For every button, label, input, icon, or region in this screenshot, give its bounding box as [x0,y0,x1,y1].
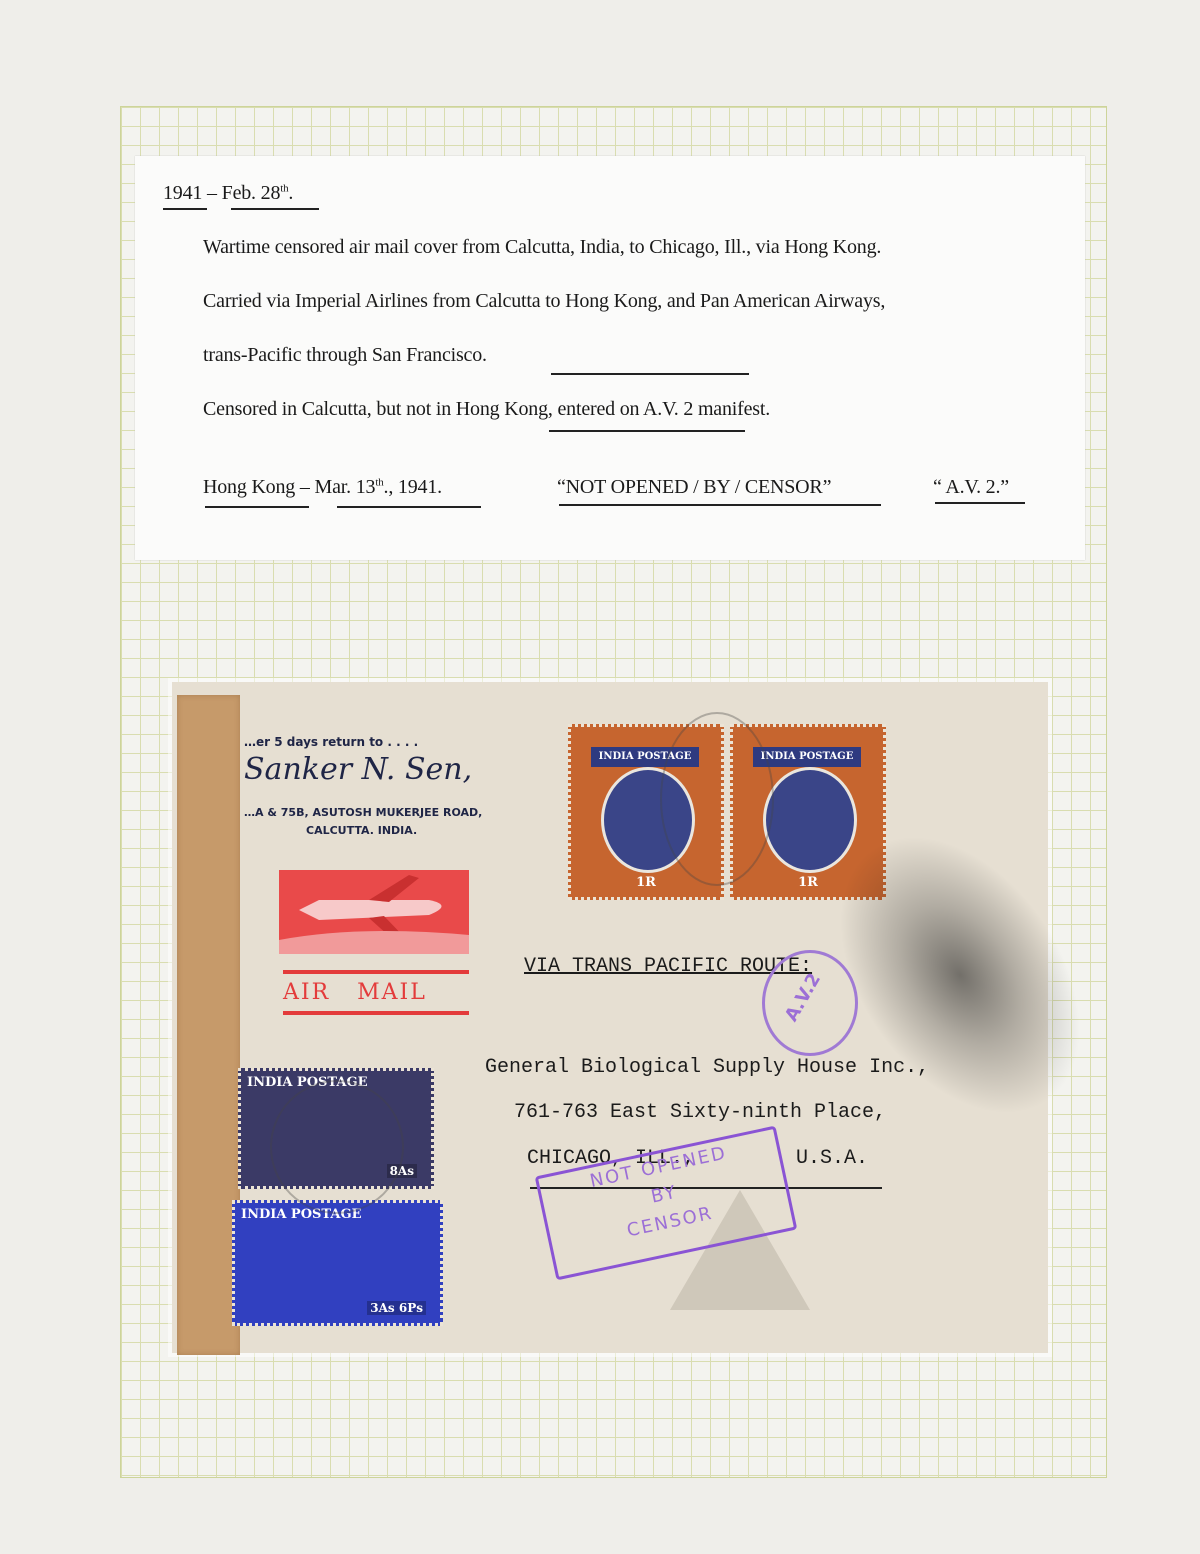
postmark [660,712,774,886]
underline [205,506,309,508]
underline [549,430,745,432]
description-line-2: Carried via Imperial Airlines from Calcu… [203,290,885,313]
king-portrait-icon [763,767,857,873]
description-line-4: Censored in Calcutta, but not in Hong Ko… [203,398,770,421]
postmark [270,1080,404,1214]
airmail-label: AIR MAIL [283,980,427,1005]
description-line-1: Wartime censored air mail cover from Cal… [203,236,881,259]
sender-name: Sanker N. Sen, [244,752,472,787]
underline [337,506,481,508]
underline [231,208,319,210]
underline [935,502,1025,504]
underline [163,208,207,210]
addressee-line-1: General Biological Supply House Inc., [485,1056,929,1079]
addressee-country: U.S.A. [796,1147,868,1170]
sender-address-line-1: …A & 75B, ASUTOSH MUKERJEE ROAD, [244,806,482,819]
underline [551,373,749,375]
airplane-icon [279,870,469,954]
airmail-bar-top [283,970,469,974]
description-label: 1941 – Feb. 28th. Wartime censored air m… [135,156,1085,560]
censor-tape [177,695,240,1355]
addressee-line-2: 761-763 East Sixty-ninth Place, [514,1101,886,1124]
footer-av2-marking: “ A.V. 2.” [933,476,1009,499]
sender-address-line-2: CALCUTTA. INDIA. [306,824,417,837]
av2-cachet: A.V.2 [762,950,858,1056]
description-line-3: trans-Pacific through San Francisco. [203,344,487,367]
stamp-3-annas-6-pies: INDIA POSTAGE 3As 6Ps [232,1200,443,1326]
airmail-bar-bottom [283,1011,469,1015]
underline [559,504,881,506]
return-instruction: …er 5 days return to . . . . [244,735,418,749]
heading: 1941 – Feb. 28th. [163,182,293,205]
footer-date: Hong Kong – Mar. 13th., 1941. [203,476,442,499]
airplane-vignette [279,870,469,954]
footer-censor-marking: “NOT OPENED / BY / CENSOR” [557,476,831,499]
